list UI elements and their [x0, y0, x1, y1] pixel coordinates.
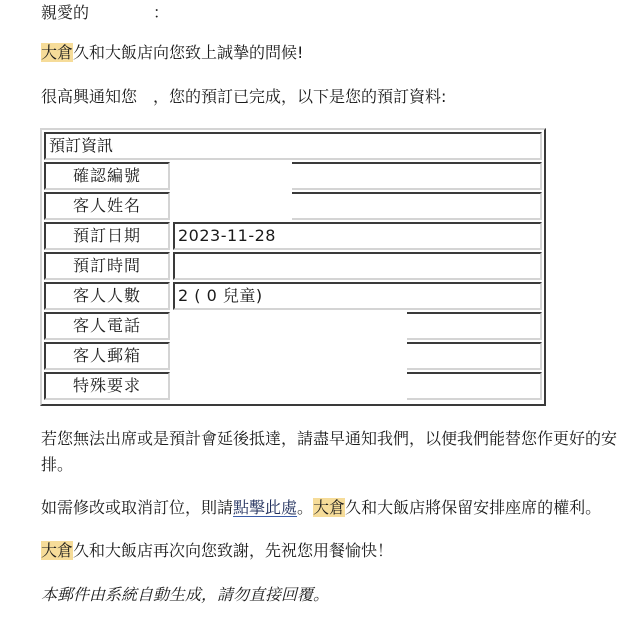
value-reservation-time	[173, 252, 542, 280]
intro-line: 大倉久和大飯店向您致上誠摯的問候!	[41, 42, 303, 64]
label-reservation-date: 預訂日期	[44, 222, 170, 250]
table-header: 預訂資訊	[44, 132, 542, 160]
intro-text: 久和大飯店向您致上誠摯的問候!	[73, 43, 303, 62]
label-special-requests: 特殊要求	[44, 372, 170, 400]
thanks-text: 久和大飯店再次向您致謝，先祝您用餐愉快！	[73, 541, 393, 560]
greeting: 親愛的 ：	[41, 2, 169, 24]
search-highlight: 大倉	[313, 498, 345, 517]
modify-booking-link[interactable]: 點擊此處	[233, 498, 297, 517]
search-highlight: 大倉	[41, 541, 73, 560]
notice-line: 很高興通知您 ，您的預訂已完成，以下是您的預訂資料:	[41, 86, 446, 108]
modify-punct: 。	[297, 498, 313, 517]
reservation-table: 預訂資訊 確認編號 客人姓名 預訂日期 2023-11-28 預訂時間 客人人數…	[40, 128, 546, 406]
label-reservation-time: 預訂時間	[44, 252, 170, 280]
label-guest-email: 客人郵箱	[44, 342, 170, 370]
late-notice-line-2: 排。	[41, 454, 73, 476]
redaction-box	[172, 312, 407, 402]
search-highlight: 大倉	[41, 43, 73, 62]
late-notice-line-1: 若您無法出席或是預計會延後抵達，請盡早通知我們，以便我們能替您作更好的安	[41, 428, 617, 450]
thanks-line: 大倉久和大飯店再次向您致謝，先祝您用餐愉快！	[41, 540, 393, 562]
label-guest-count: 客人人數	[44, 282, 170, 310]
label-guest-name: 客人姓名	[44, 192, 170, 220]
value-reservation-date: 2023-11-28	[173, 222, 542, 250]
redaction-box	[172, 162, 292, 221]
auto-generated-footer: 本郵件由系統自動生成，請勿直接回覆。	[41, 584, 329, 606]
modify-text: 如需修改或取消訂位，則請	[41, 498, 233, 517]
modify-rest: 久和大飯店將保留安排座席的權利。	[345, 498, 601, 517]
label-confirmation-number: 確認編號	[44, 162, 170, 190]
modify-line: 如需修改或取消訂位，則請點擊此處。大倉久和大飯店將保留安排座席的權利。	[41, 497, 601, 519]
value-guest-count: 2 ( 0 兒童)	[173, 282, 542, 310]
label-guest-phone: 客人電話	[44, 312, 170, 340]
